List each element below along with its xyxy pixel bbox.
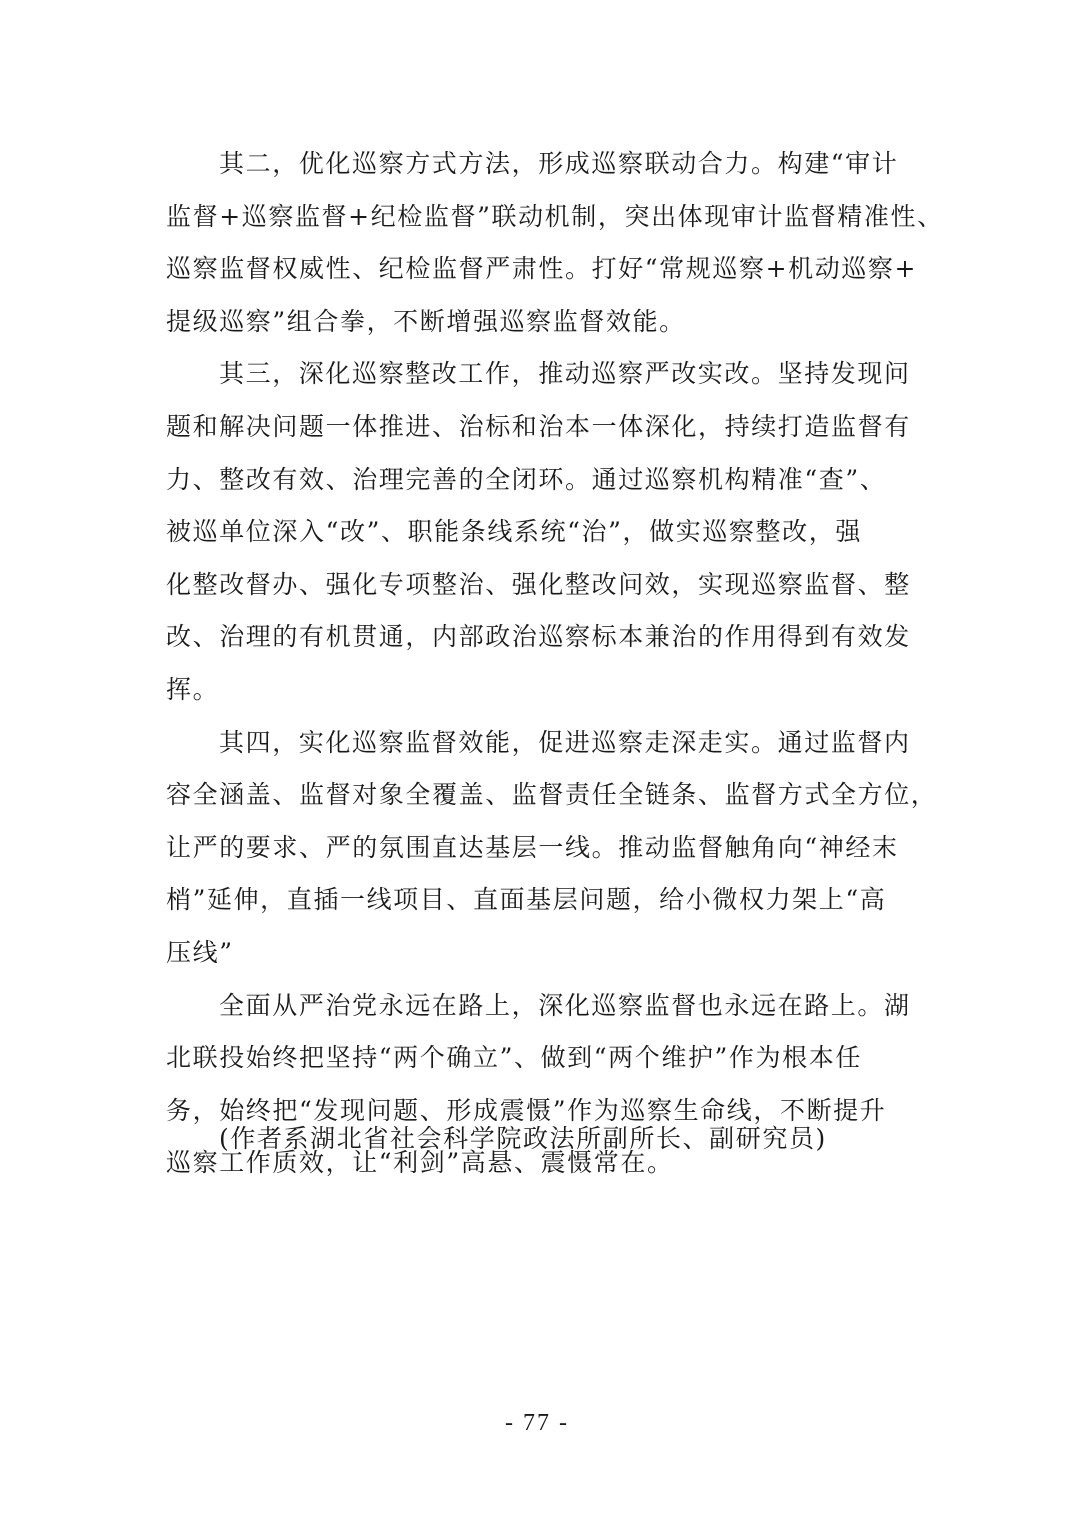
paragraph-line: 让严的要求、严的氛围直达基层一线。推动监督触角向“神经末 xyxy=(166,822,916,875)
paragraph-line: 容全涵盖、监督对象全覆盖、监督责任全链条、监督方式全方位， xyxy=(166,769,916,822)
paragraph-line: 其三，深化巡察整改工作，推动巡察严改实改。坚持发现问 xyxy=(166,348,916,401)
paragraph-line: 压线” xyxy=(166,927,916,980)
paragraph-line: 北联投始终把坚持“两个确立”、做到“两个维护”作为根本任 xyxy=(166,1032,916,1085)
page-number: - 77 - xyxy=(0,1410,1074,1437)
paragraph-line: 巡察监督权威性、纪检监督严肃性。打好“常规巡察+机动巡察+ xyxy=(166,243,916,296)
paragraph-line: 化整改督办、强化专项整治、强化整改问效，实现巡察监督、整 xyxy=(166,559,916,612)
author-byline: (作者系湖北省社会科学院政法所副所长、副研究员) xyxy=(219,1113,827,1165)
paragraph-line: 全面从严治党永远在路上，深化巡察监督也永远在路上。湖 xyxy=(166,980,916,1033)
paragraph-line: 被巡单位深入“改”、职能条线系统“治”，做实巡察整改，强 xyxy=(166,506,916,559)
paragraph-4-effectiveness: 其四，实化巡察监督效能，促进巡察走深走实。通过监督内 容全涵盖、监督对象全覆盖、… xyxy=(166,717,916,980)
paragraph-line: 提级巡察”组合拳，不断增强巡察监督效能。 xyxy=(166,296,916,349)
paragraph-line: 梢”延伸，直插一线项目、直面基层问题，给小微权力架上“高 xyxy=(166,874,916,927)
paragraph-line: 监督+巡察监督+纪检监督”联动机制，突出体现审计监督精准性、 xyxy=(166,191,916,244)
paragraph-line: 其四，实化巡察监督效能，促进巡察走深走实。通过监督内 xyxy=(166,717,916,770)
paragraph-line: 其二，优化巡察方式方法，形成巡察联动合力。构建“审计 xyxy=(166,138,916,191)
body-text: 其二，优化巡察方式方法，形成巡察联动合力。构建“审计 监督+巡察监督+纪检监督”… xyxy=(166,138,916,1190)
document-page: 其二，优化巡察方式方法，形成巡察联动合力。构建“审计 监督+巡察监督+纪检监督”… xyxy=(0,0,1074,1520)
paragraph-2-patrol-methods: 其二，优化巡察方式方法，形成巡察联动合力。构建“审计 监督+巡察监督+纪检监督”… xyxy=(166,138,916,348)
paragraph-line: 力、整改有效、治理完善的全闭环。通过巡察机构精准“查”、 xyxy=(166,454,916,507)
paragraph-3-rectification: 其三，深化巡察整改工作，推动巡察严改实改。坚持发现问 题和解决问题一体推进、治标… xyxy=(166,348,916,716)
paragraph-line: 改、治理的有机贯通，内部政治巡察标本兼治的作用得到有效发 xyxy=(166,611,916,664)
paragraph-line: 挥。 xyxy=(166,664,916,717)
paragraph-line: 题和解决问题一体推进、治标和治本一体深化，持续打造监督有 xyxy=(166,401,916,454)
